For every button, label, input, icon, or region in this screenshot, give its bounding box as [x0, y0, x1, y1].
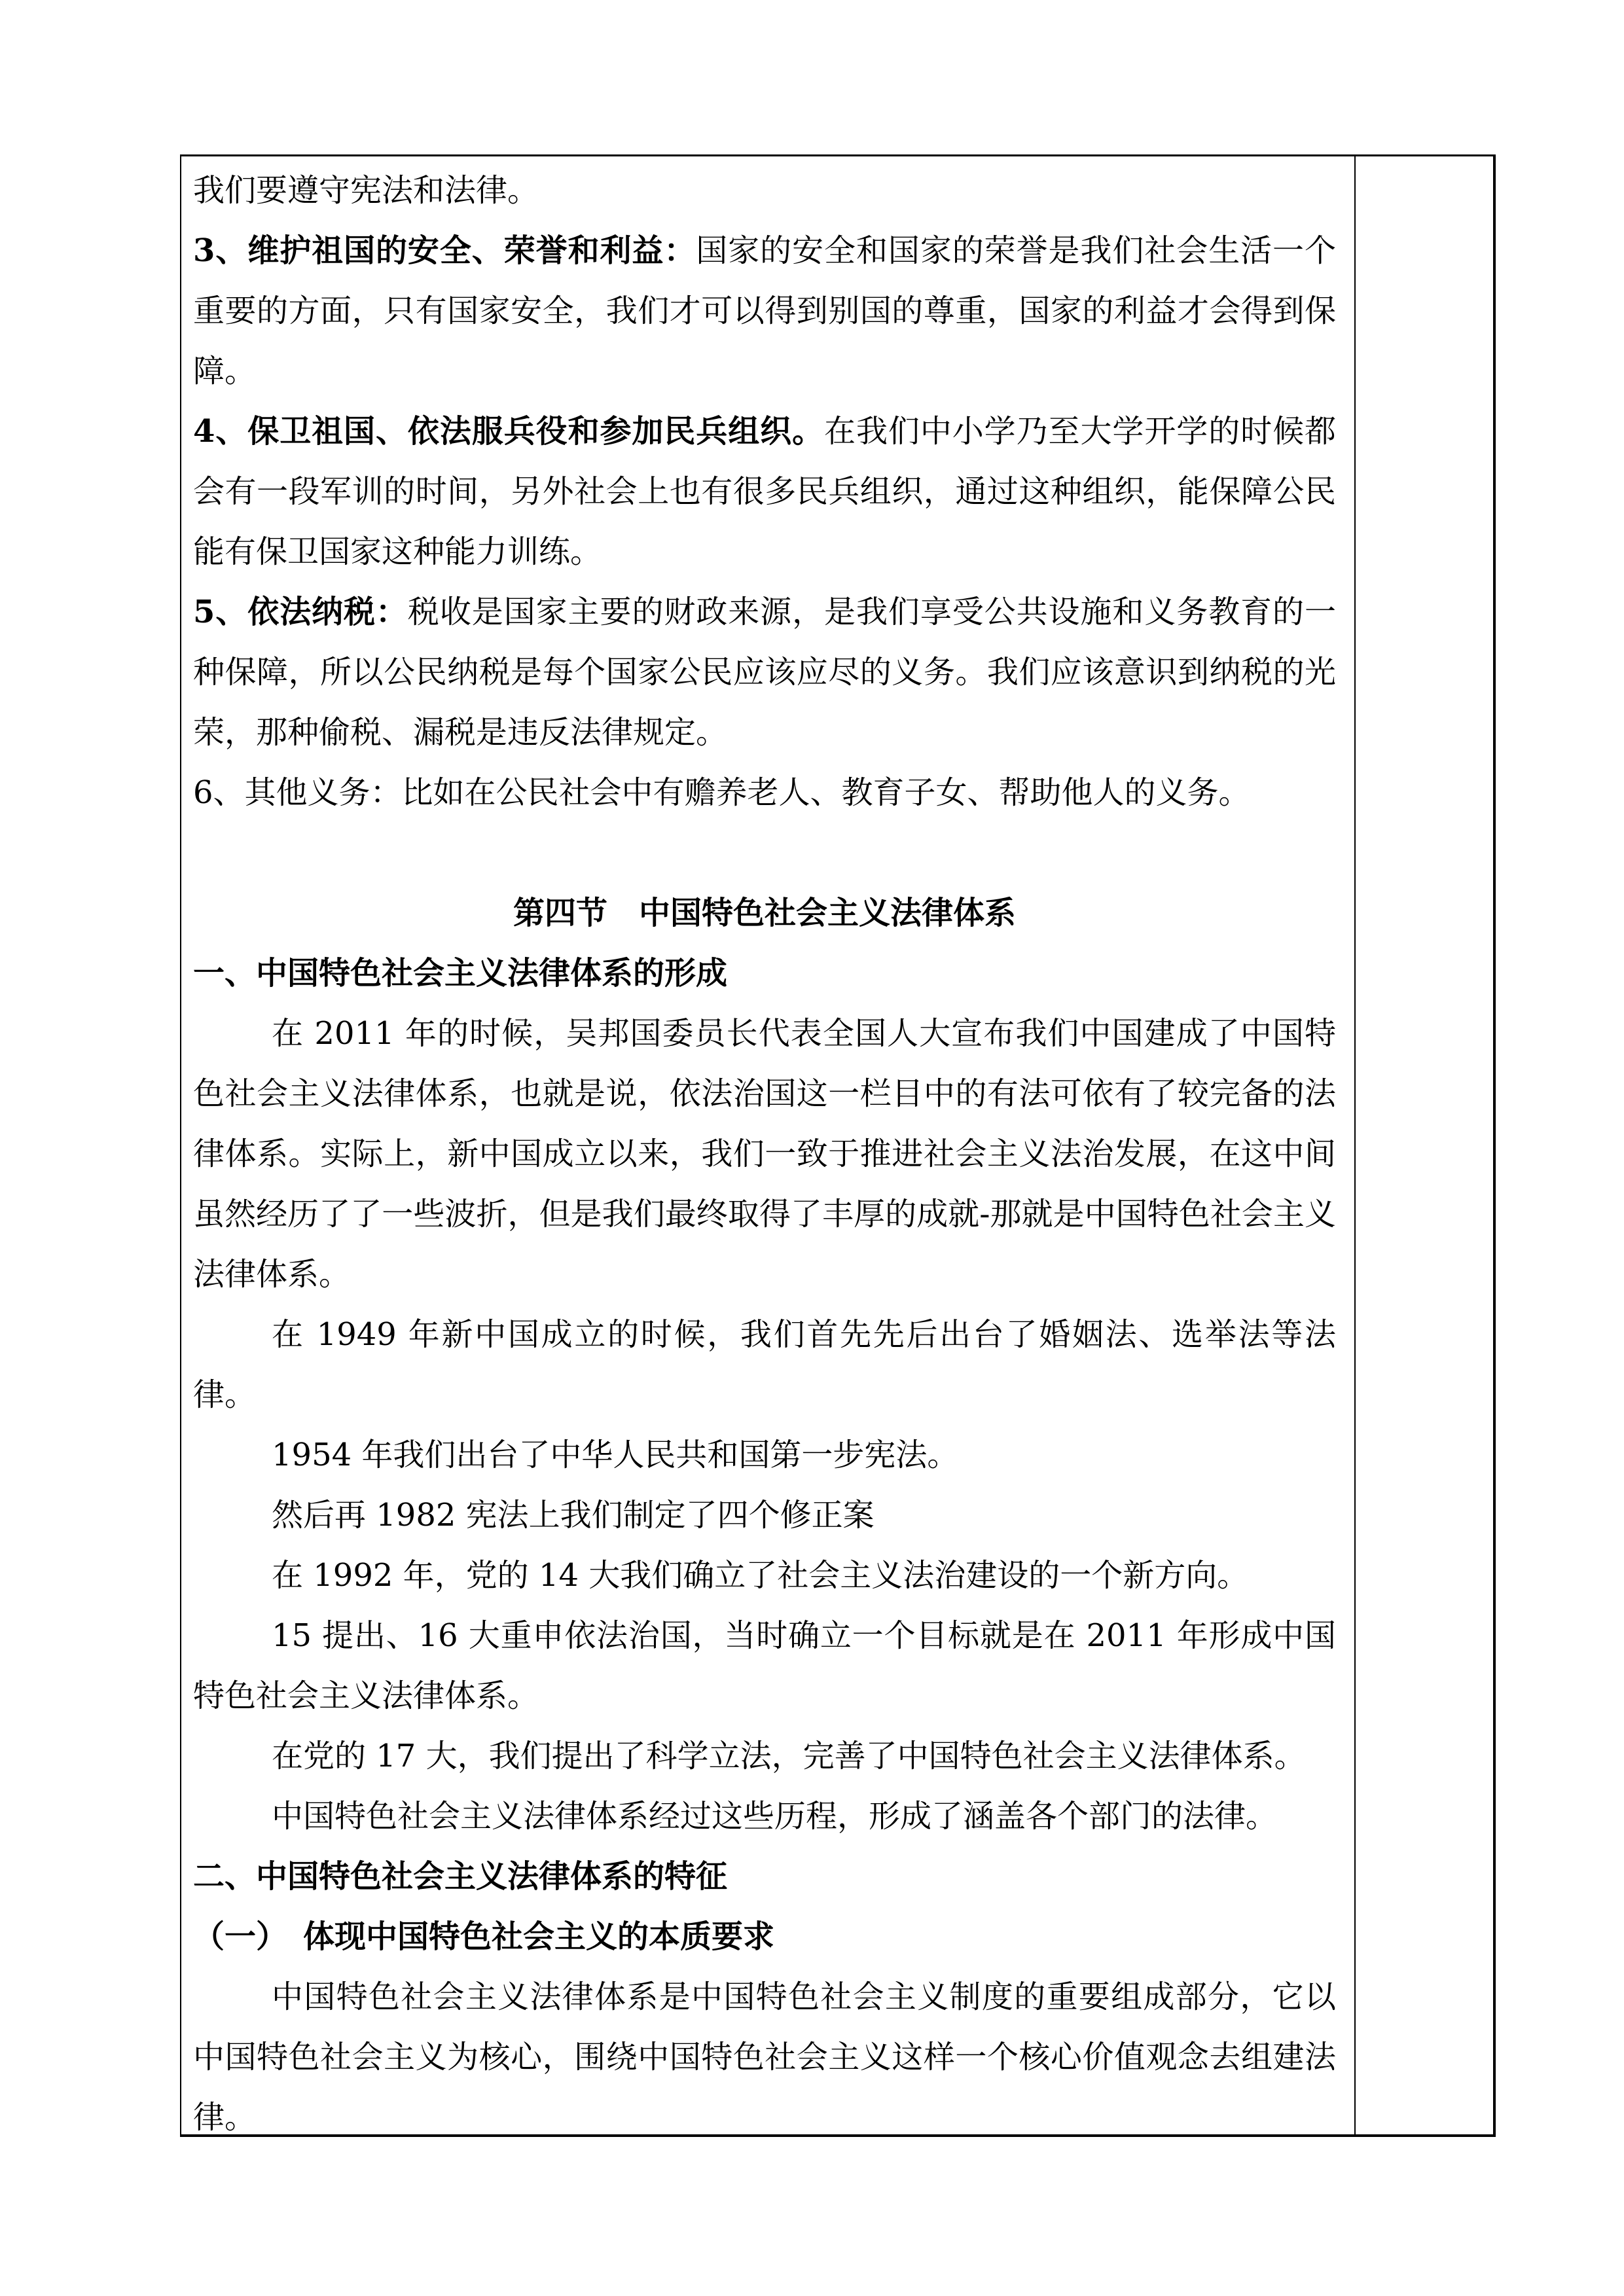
body-text: 在党的 17 大，我们提出了科学立法，完善了中国特色社会主义法律体系。	[272, 1738, 1306, 1774]
paragraph: 4、保卫祖国、依法服兵役和参加民兵组织。在我们中小学乃至大学开学的时候都会有一段…	[193, 401, 1336, 582]
notes-column	[1356, 156, 1493, 2134]
paragraph: 在党的 17 大，我们提出了科学立法，完善了中国特色社会主义法律体系。	[193, 1726, 1336, 1786]
body-text: 中国特色社会主义法律体系是中国特色社会主义制度的重要组成部分，它以中国特色社会主…	[193, 1979, 1336, 2134]
bold-run-in-text: （一） 体现中国特色社会主义的本质要求	[193, 1918, 774, 1955]
paragraph: 中国特色社会主义法律体系是中国特色社会主义制度的重要组成部分，它以中国特色社会主…	[193, 1967, 1336, 2134]
paragraph: 我们要遵守宪法和法律。	[193, 160, 1336, 221]
body-text: 1954 年我们出台了中华人民共和国第一步宪法。	[272, 1437, 958, 1473]
heading: 第四节 中国特色社会主义法律体系	[193, 883, 1336, 943]
bold-run-in-text: 第四节 中国特色社会主义法律体系	[513, 895, 1016, 931]
paragraph: 5、依法纳税：税收是国家主要的财政来源，是我们享受公共设施和义务教育的一种保障，…	[193, 582, 1336, 762]
page: 我们要遵守宪法和法律。3、维护祖国的安全、荣誉和利益：国家的安全和国家的荣誉是我…	[0, 0, 1624, 2296]
paragraph: 1954 年我们出台了中华人民共和国第一步宪法。	[193, 1425, 1336, 1485]
paragraph: 在 1992 年，党的 14 大我们确立了社会主义法治建设的一个新方向。	[193, 1545, 1336, 1605]
bold-run-in-text: 一、中国特色社会主义法律体系的形成	[193, 955, 727, 992]
body-text: 在 1992 年，党的 14 大我们确立了社会主义法治建设的一个新方向。	[272, 1557, 1248, 1594]
heading: 一、中国特色社会主义法律体系的形成	[193, 943, 1336, 1003]
bold-run-in-text: 5、依法纳税：	[193, 594, 408, 630]
paragraph: 中国特色社会主义法律体系经过这些历程，形成了涵盖各个部门的法律。	[193, 1786, 1336, 1846]
body-text: 中国特色社会主义法律体系经过这些历程，形成了涵盖各个部门的法律。	[272, 1798, 1277, 1835]
document-table: 我们要遵守宪法和法律。3、维护祖国的安全、荣誉和利益：国家的安全和国家的荣誉是我…	[180, 154, 1496, 2137]
paragraph: 3、维护祖国的安全、荣誉和利益：国家的安全和国家的荣誉是我们社会生活一个重要的方…	[193, 221, 1336, 401]
body-text: 在 1949 年新中国成立的时候，我们首先先后出台了婚姻法、选举法等法律。	[193, 1316, 1336, 1413]
bold-run-in-text: 4、保卫祖国、依法服兵役和参加民兵组织。	[193, 413, 824, 450]
blank-line	[193, 823, 1336, 883]
paragraph: 6、其他义务：比如在公民社会中有赡养老人、教育子女、帮助他人的义务。	[193, 762, 1336, 823]
paragraph: 在 1949 年新中国成立的时候，我们首先先后出台了婚姻法、选举法等法律。	[193, 1304, 1336, 1425]
heading: 二、中国特色社会主义法律体系的特征	[193, 1846, 1336, 1907]
body-text: 在 2011 年的时候，吴邦国委员长代表全国人大宣布我们中国建成了中国特色社会主…	[193, 1015, 1336, 1293]
bold-run-in-text: 二、中国特色社会主义法律体系的特征	[193, 1858, 727, 1895]
body-text: 我们要遵守宪法和法律。	[193, 172, 539, 209]
heading: （一） 体现中国特色社会主义的本质要求	[193, 1907, 1336, 1967]
paragraph: 15 提出、16 大重申依法治国，当时确立一个目标就是在 2011 年形成中国特…	[193, 1605, 1336, 1726]
body-text: 然后再 1982 宪法上我们制定了四个修正案	[272, 1497, 875, 1534]
main-cell: 我们要遵守宪法和法律。3、维护祖国的安全、荣誉和利益：国家的安全和国家的荣誉是我…	[181, 156, 1356, 2134]
paragraph: 然后再 1982 宪法上我们制定了四个修正案	[193, 1485, 1336, 1545]
paragraph: 在 2011 年的时候，吴邦国委员长代表全国人大宣布我们中国建成了中国特色社会主…	[193, 1003, 1336, 1304]
body-text: 15 提出、16 大重申依法治国，当时确立一个目标就是在 2011 年形成中国特…	[193, 1617, 1336, 1714]
body-text: 6、其他义务：比如在公民社会中有赡养老人、教育子女、帮助他人的义务。	[193, 774, 1250, 811]
bold-run-in-text: 3、维护祖国的安全、荣誉和利益：	[193, 232, 696, 269]
